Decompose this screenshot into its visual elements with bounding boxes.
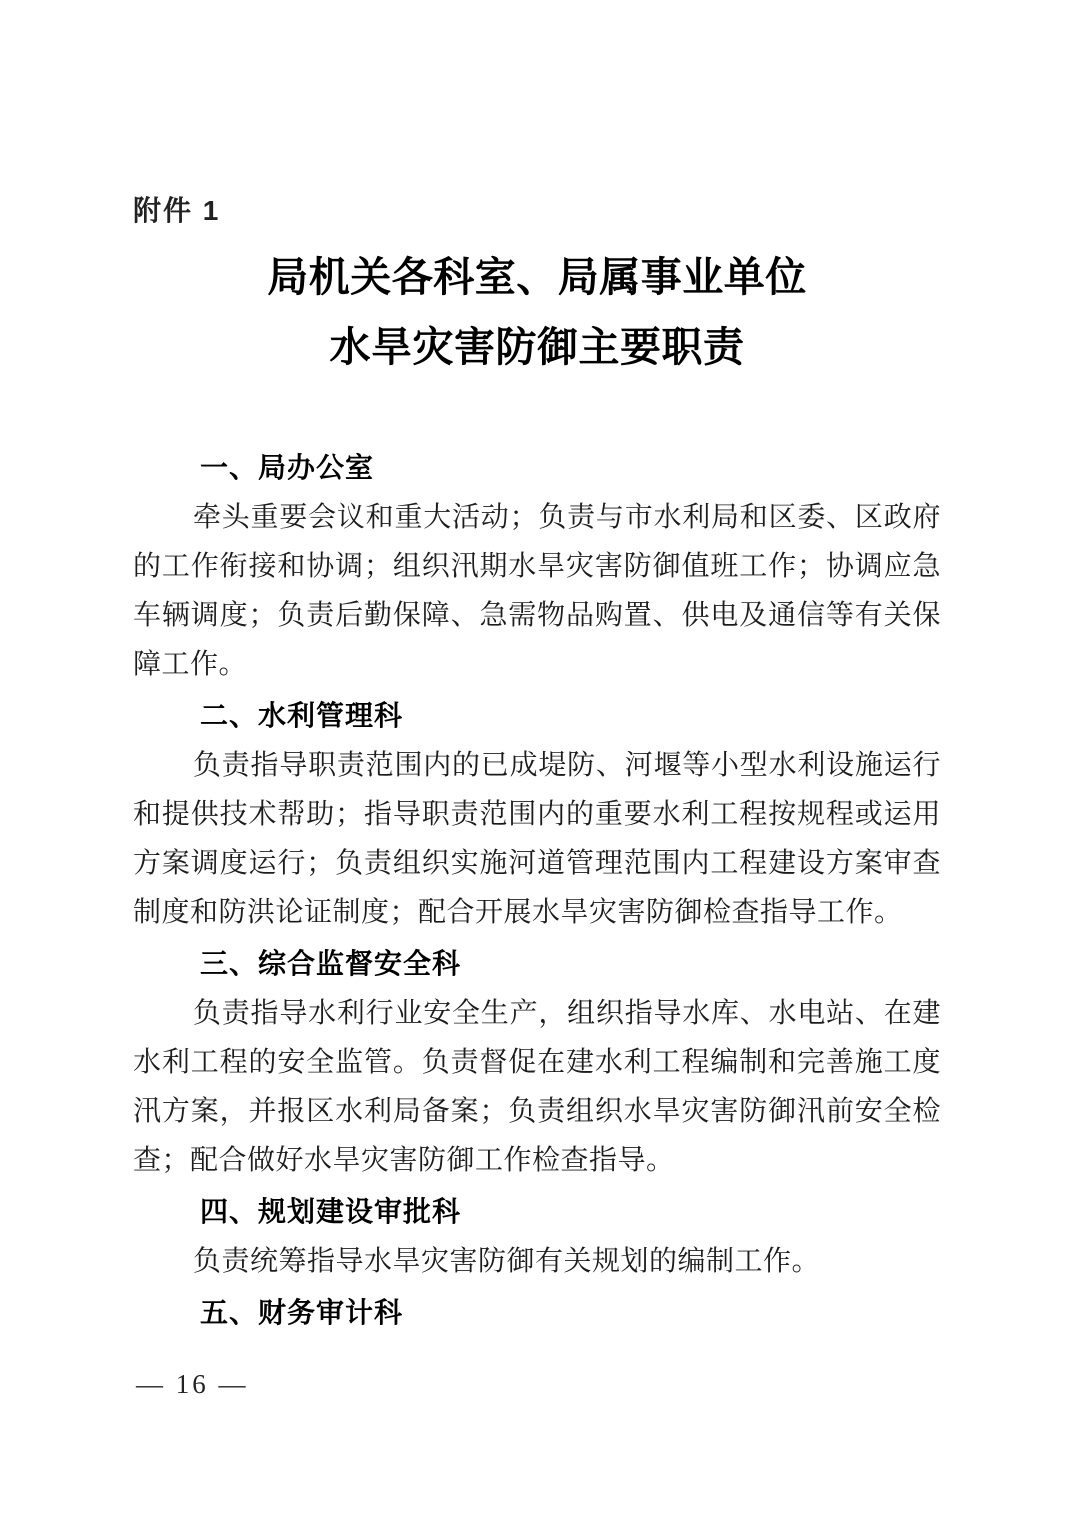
section-finance-audit: 五、财务审计科 bbox=[133, 1288, 941, 1338]
section-body-supervision-safety: 负责指导水利行业安全生产，组织指导水库、水电站、在建水利工程的安全监管。负责督促… bbox=[133, 989, 941, 1185]
section-body-water-management: 负责指导职责范围内的已成堤防、河堰等小型水利设施运行和提供技术帮助；指导职责范围… bbox=[133, 741, 941, 937]
page-number: — 16 — bbox=[136, 1368, 249, 1400]
section-body-planning-approval: 负责统筹指导水旱灾害防御有关规划的编制工作。 bbox=[133, 1237, 941, 1286]
sections-container: 一、局办公室 牵头重要会议和重大活动；负责与市水利局和区委、区政府的工作衔接和协… bbox=[133, 443, 941, 1338]
document-title: 局机关各科室、局属事业单位 水旱灾害防御主要职责 bbox=[133, 242, 941, 382]
attachment-label: 附件 1 bbox=[133, 196, 941, 226]
section-heading-supervision-safety: 三、综合监督安全科 bbox=[133, 939, 941, 989]
section-heading-finance-audit: 五、财务审计科 bbox=[133, 1288, 941, 1338]
section-heading-office: 一、局办公室 bbox=[133, 443, 941, 493]
section-office: 一、局办公室 牵头重要会议和重大活动；负责与市水利局和区委、区政府的工作衔接和协… bbox=[133, 443, 941, 689]
section-planning-approval: 四、规划建设审批科 负责统筹指导水旱灾害防御有关规划的编制工作。 bbox=[133, 1187, 941, 1286]
document-title-line-1: 局机关各科室、局属事业单位 bbox=[133, 242, 941, 312]
section-supervision-safety: 三、综合监督安全科 负责指导水利行业安全生产，组织指导水库、水电站、在建水利工程… bbox=[133, 939, 941, 1185]
document-page: 附件 1 局机关各科室、局属事业单位 水旱灾害防御主要职责 一、局办公室 牵头重… bbox=[0, 0, 1074, 1520]
section-body-office: 牵头重要会议和重大活动；负责与市水利局和区委、区政府的工作衔接和协调；组织汛期水… bbox=[133, 493, 941, 689]
section-heading-water-management: 二、水利管理科 bbox=[133, 691, 941, 741]
section-water-management: 二、水利管理科 负责指导职责范围内的已成堤防、河堰等小型水利设施运行和提供技术帮… bbox=[133, 691, 941, 937]
document-title-line-2: 水旱灾害防御主要职责 bbox=[133, 312, 941, 382]
section-heading-planning-approval: 四、规划建设审批科 bbox=[133, 1187, 941, 1237]
